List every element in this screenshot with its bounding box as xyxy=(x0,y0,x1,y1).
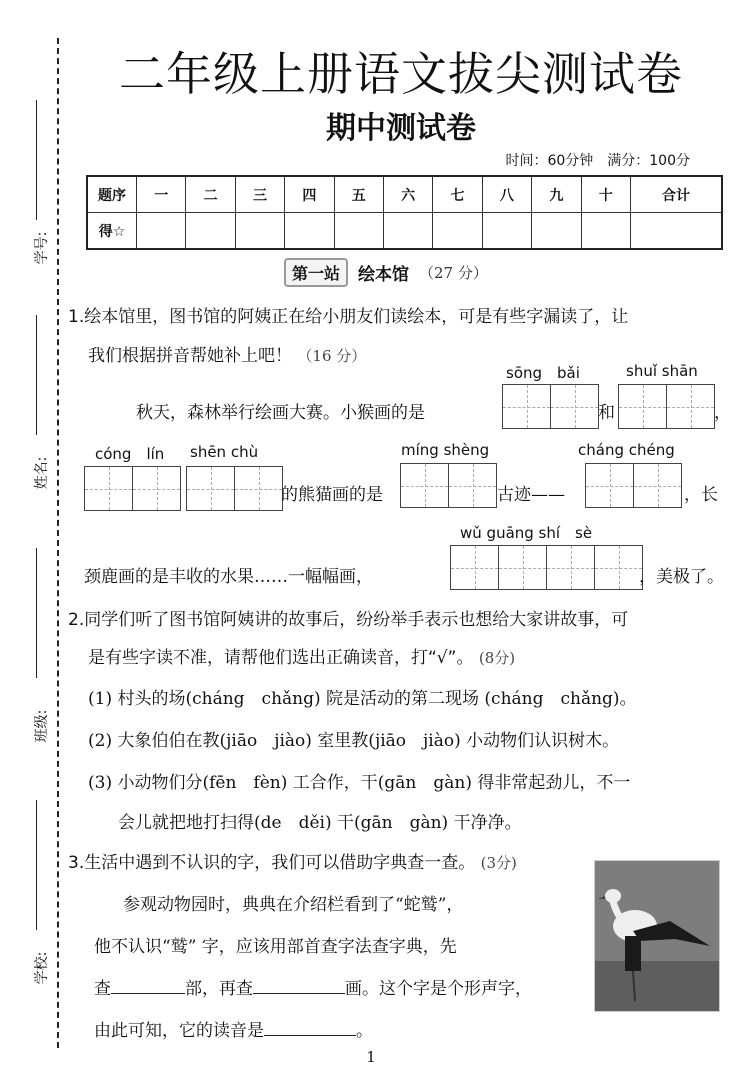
grid-cell[interactable] xyxy=(451,546,499,589)
blank-stroke-count[interactable] xyxy=(253,979,345,994)
name-label: 姓名: xyxy=(31,448,51,498)
blank-radical[interactable] xyxy=(111,979,185,994)
q2-prompt-text: 是有些字读不准，请帮他们选出正确读音，打“√”。 xyxy=(88,648,473,668)
col-10: 十 xyxy=(581,176,630,213)
score-cell[interactable] xyxy=(581,213,630,250)
q3-p3a: 查 xyxy=(94,979,111,999)
page-number: 1 xyxy=(0,1048,742,1066)
grid-cell[interactable] xyxy=(235,467,282,510)
grid-cell[interactable] xyxy=(499,546,547,589)
col-7: 七 xyxy=(433,176,482,213)
pinyin-shenchu: shēn chù xyxy=(190,443,258,461)
grid-cell[interactable] xyxy=(85,467,133,510)
answer-grid-shenchu[interactable] xyxy=(186,466,283,511)
q1-p3-text: 颈鹿画的是丰收的水果……一幅幅画， xyxy=(84,562,373,587)
q3-p1: 参观动物园时，典典在介绍栏看到了“蛇鹫”， xyxy=(123,890,463,915)
row-header-order: 题序 xyxy=(87,176,137,213)
class-field[interactable]: 班级: xyxy=(14,548,54,748)
score-cell[interactable] xyxy=(186,213,235,250)
grid-cell[interactable] xyxy=(667,385,714,428)
q2-item-3[interactable]: (3) 小动物们分(fēn fèn) 工合作，干(gān gàn) 得非常起劲儿… xyxy=(88,768,630,793)
grid-cell[interactable] xyxy=(619,385,667,428)
col-3: 三 xyxy=(235,176,284,213)
score-table: 题序 一 二 三 四 五 六 七 八 九 十 合计 得☆ xyxy=(86,175,723,250)
answer-grid-changcheng[interactable] xyxy=(585,463,682,508)
q1-p1-text: 秋天，森林举行绘画大赛。小猴画的是 xyxy=(136,398,425,423)
q1-p3-end: ，美极了。 xyxy=(639,562,724,587)
q3-p2: 他不认识“鹫” 字，应该用部首查字法查字典，先 xyxy=(94,932,457,957)
section-badge: 第一站 xyxy=(284,258,348,287)
col-9: 九 xyxy=(532,176,581,213)
grid-cell[interactable] xyxy=(551,385,598,428)
score-table-score-row: 得☆ xyxy=(87,213,722,250)
answer-grid-songbai[interactable] xyxy=(502,384,599,429)
pinyin-mingsheng: míng shèng xyxy=(401,441,489,459)
school-field[interactable]: 学校: xyxy=(14,800,54,980)
col-8: 八 xyxy=(482,176,531,213)
q3-points: (3分) xyxy=(481,854,517,872)
q2-points: (8分) xyxy=(479,649,515,667)
pinyin-shuishan: shuǐ shān xyxy=(626,362,698,380)
q3-p3b: 部，再查 xyxy=(185,979,253,999)
grid-cell[interactable] xyxy=(401,464,449,507)
section-points: （27 分） xyxy=(419,262,488,283)
grid-cell[interactable] xyxy=(187,467,235,510)
q3-prompt-text: 3.生活中遇到不认识的字，我们可以借助字典查一查。 xyxy=(68,853,475,873)
page-title: 二年级上册语文拔尖测试卷 xyxy=(60,38,742,104)
name-line xyxy=(36,315,37,435)
answer-grid-wuguangshise[interactable] xyxy=(450,545,643,590)
pinyin-songbai: sōng bǎi xyxy=(506,362,580,383)
q1-p1-and: 和 xyxy=(598,398,615,423)
answer-grid-conglin[interactable] xyxy=(84,466,181,511)
col-5: 五 xyxy=(334,176,383,213)
q2-item-2[interactable]: (2) 大象伯伯在教(jiāo jiào) 室里教(jiāo jiào) 小动物… xyxy=(88,726,619,751)
q3-p3c: 画。这个字是个形声字， xyxy=(345,979,532,999)
q1-points: （16 分） xyxy=(297,347,366,365)
grid-cell[interactable] xyxy=(595,546,642,589)
score-cell[interactable] xyxy=(137,213,186,250)
pinyin-wuguangshise: wǔ guāng shí sè xyxy=(460,522,592,543)
q2-prompt-line2: 是有些字读不准，请帮他们选出正确读音，打“√”。 (8分) xyxy=(88,643,515,668)
score-cell[interactable] xyxy=(383,213,432,250)
binding-dashed-line xyxy=(57,38,59,1048)
student-id-line xyxy=(36,100,37,220)
student-id-label: 学号: xyxy=(31,223,51,273)
q1-prompt-line2: 我们根据拼音帮她补上吧！ （16 分） xyxy=(88,341,366,366)
bird-illustration-icon xyxy=(595,861,719,1011)
q1-p2-text: 的熊猫画的是 xyxy=(281,480,383,505)
page-subtitle: 期中测试卷 xyxy=(60,103,742,147)
score-cell[interactable] xyxy=(334,213,383,250)
q1-prompt-line1: 1.绘本馆里，图书馆的阿姨正在给小朋友们读绘本，可是有些字漏读了，让 xyxy=(68,302,628,327)
school-line xyxy=(36,800,37,930)
exam-meta: 时间：60分钟 满分：100分 xyxy=(505,150,690,170)
score-cell[interactable] xyxy=(532,213,581,250)
q2-prompt-line1: 2.同学们听了图书馆阿姨讲的故事后，纷纷举手表示也想给大家讲故事，可 xyxy=(68,605,628,630)
q2-item-3-cont[interactable]: 会儿就把地打扫得(de děi) 干(gān gàn) 干净净。 xyxy=(118,808,522,833)
row-header-score: 得☆ xyxy=(87,213,137,250)
section-heading: 第一站 绘本馆 （27 分） xyxy=(284,258,488,287)
score-cell[interactable] xyxy=(482,213,531,250)
q3-prompt-line: 3.生活中遇到不认识的字，我们可以借助字典查一查。 (3分) xyxy=(68,848,517,873)
col-4: 四 xyxy=(285,176,334,213)
col-6: 六 xyxy=(383,176,432,213)
secretary-bird-image xyxy=(594,860,720,1012)
pinyin-changcheng: cháng chéng xyxy=(578,441,675,459)
q3-p4-end: 。 xyxy=(356,1021,373,1041)
score-cell[interactable] xyxy=(285,213,334,250)
class-line xyxy=(36,548,37,678)
student-id-field[interactable]: 学号: xyxy=(14,100,54,280)
col-2: 二 xyxy=(186,176,235,213)
q1-p2-mid: 古迹—— xyxy=(497,480,565,505)
grid-cell[interactable] xyxy=(634,464,681,507)
section-name: 绘本馆 xyxy=(358,260,409,285)
pinyin-conglin: cóng lín xyxy=(95,443,164,464)
col-total: 合计 xyxy=(630,176,722,213)
q1-p1-end: ， xyxy=(714,398,731,423)
grid-cell[interactable] xyxy=(547,546,595,589)
q3-p4: 由此可知，它的读音是。 xyxy=(94,1016,373,1041)
answer-grid-mingsheng[interactable] xyxy=(400,463,497,508)
blank-pronunciation[interactable] xyxy=(264,1021,356,1036)
class-label: 班级: xyxy=(31,701,51,751)
q3-p4-text: 由此可知，它的读音是 xyxy=(94,1021,264,1041)
q2-item-1[interactable]: (1) 村头的场(cháng chǎng) 院是活动的第二现场 (cháng c… xyxy=(88,684,637,709)
score-cell-total[interactable] xyxy=(630,213,722,250)
q1-p2-end: ，长 xyxy=(684,480,718,505)
grid-cell[interactable] xyxy=(133,467,180,510)
grid-cell[interactable] xyxy=(586,464,634,507)
name-field[interactable]: 姓名: xyxy=(14,315,54,495)
score-cell[interactable] xyxy=(235,213,284,250)
score-table-header-row: 题序 一 二 三 四 五 六 七 八 九 十 合计 xyxy=(87,176,722,213)
score-cell[interactable] xyxy=(433,213,482,250)
col-1: 一 xyxy=(137,176,186,213)
grid-cell[interactable] xyxy=(503,385,551,428)
q1-prompt-text: 我们根据拼音帮她补上吧！ xyxy=(88,346,292,366)
answer-grid-shuishan[interactable] xyxy=(618,384,715,429)
school-label: 学校: xyxy=(31,943,51,993)
grid-cell[interactable] xyxy=(449,464,496,507)
q3-p3: 查部，再查画。这个字是个形声字， xyxy=(94,974,532,999)
